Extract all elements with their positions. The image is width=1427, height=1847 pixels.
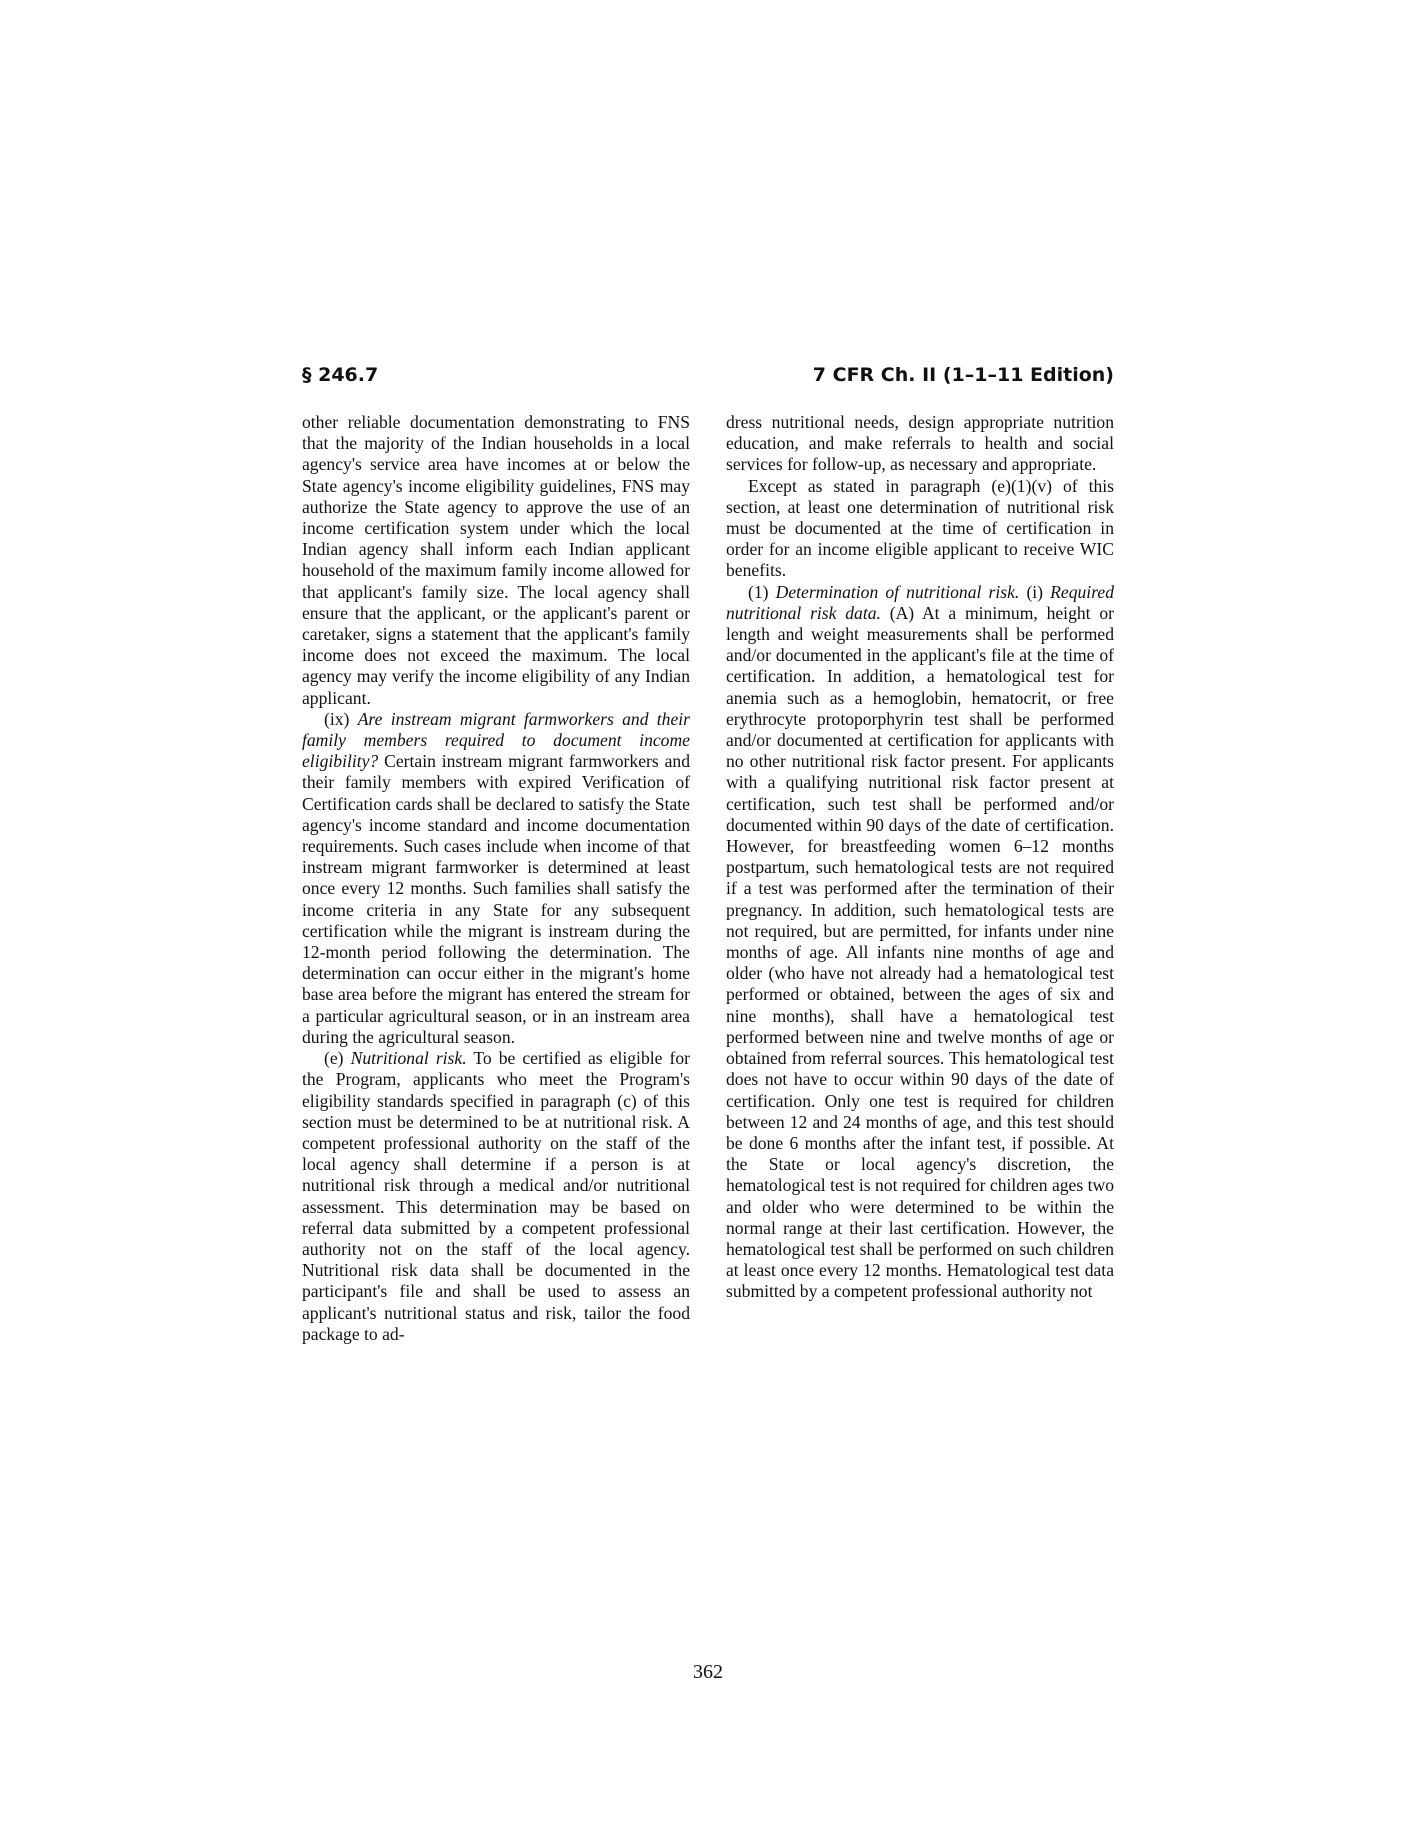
paragraph-except-as-stated: Except as stated in paragraph (e)(1)(v) … bbox=[726, 476, 1114, 582]
running-head: § 246.7 7 CFR Ch. II (1–1–11 Edition) bbox=[302, 364, 1114, 398]
paragraph-indian-income-certification: other reliable documentation demonstrati… bbox=[302, 412, 690, 709]
paragraph-number: (ix) bbox=[324, 709, 358, 729]
page-number: 362 bbox=[302, 1661, 1114, 1684]
paragraph-instream-migrant: (ix) Are instream migrant farmworkers an… bbox=[302, 709, 690, 1048]
paragraph-number: (e) bbox=[324, 1048, 351, 1068]
paragraph-continuation: dress nutritional needs, design appropri… bbox=[726, 412, 1114, 476]
paragraph-nutritional-risk: (e) Nutritional risk. To be certified as… bbox=[302, 1048, 690, 1345]
section-number: § 246.7 bbox=[302, 364, 378, 386]
paragraph-determination-of-risk: (1) Determination of nutritional risk. (… bbox=[726, 582, 1114, 1303]
right-column: dress nutritional needs, design appropri… bbox=[726, 412, 1114, 1345]
paragraph-text: Certain instream migrant farmworkers and… bbox=[302, 751, 690, 1047]
paragraph-text: To be certified as eligible for the Prog… bbox=[302, 1048, 690, 1344]
text-columns: other reliable documentation demonstrati… bbox=[302, 412, 1114, 1345]
subparagraph-number: (i) bbox=[1019, 582, 1050, 602]
document-page: § 246.7 7 CFR Ch. II (1–1–11 Edition) ot… bbox=[302, 364, 1114, 1345]
left-column: other reliable documentation demonstrati… bbox=[302, 412, 690, 1345]
paragraph-number: (1) bbox=[748, 582, 776, 602]
paragraph-heading: Nutritional risk. bbox=[351, 1048, 467, 1068]
paragraph-heading: Determination of nutritional risk. bbox=[776, 582, 1020, 602]
cfr-citation: 7 CFR Ch. II (1–1–11 Edition) bbox=[813, 364, 1114, 386]
paragraph-text: (A) At a minimum, height or length and w… bbox=[726, 603, 1114, 1302]
